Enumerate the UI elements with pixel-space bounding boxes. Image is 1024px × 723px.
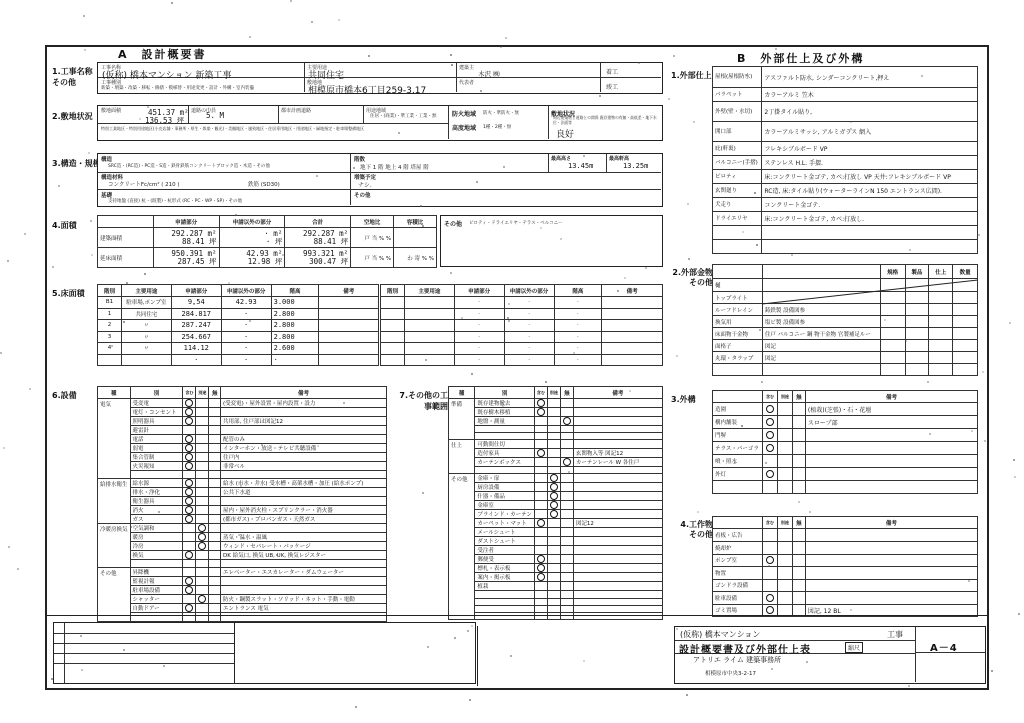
table-row: 仕上可動間仕切 bbox=[449, 440, 663, 449]
check-circle-icon bbox=[537, 399, 545, 407]
table-row: 玄関廻り RC造, 床:タイル貼り(ウォーターラインN 150 エントランス広間… bbox=[713, 184, 978, 198]
table-row: 排水・浄化 公共下水道 bbox=[98, 488, 387, 497]
site-work-table: 含む別途 無備考 造園 (植栽)(芝張)・石・花壇 構内舗装 スロープ部 門塀 … bbox=[712, 390, 978, 494]
area-other-box: その他 ピロティ・ドライエリヤ・テラス・ベルコニー bbox=[440, 215, 663, 267]
table-row: 造付家具 玄関物入等 図記12 bbox=[449, 449, 663, 458]
tb-sheet-number: A－4 bbox=[930, 639, 958, 654]
check-circle-icon bbox=[185, 515, 193, 523]
table-row: 4 〃 114.12 · 2.600 bbox=[98, 343, 379, 355]
sec1-box: 工事名称 (仮称) 橋本マンション 新築工事 工事種別 新築・増築・改築・移転・… bbox=[97, 62, 663, 94]
area-table: 申請部分 申請以外の部分 合計 空地比 容積比 建築面積 292.287 m²8… bbox=[97, 215, 437, 268]
check-circle-icon bbox=[185, 444, 193, 452]
tb-address: 相模原市中央3-2-17 bbox=[705, 669, 756, 677]
check-circle-icon bbox=[537, 408, 545, 416]
exterior-finish-table: 屋根(屋根防水) アスファルト防水, シンダーコンクリート,押え パラペット カ… bbox=[712, 66, 978, 254]
table-row: ドライエリヤ 床:コンクリート金ゴテ, カベ:打放し. bbox=[713, 212, 978, 226]
check-circle-icon bbox=[198, 595, 206, 603]
floor-area-table-left: 階別主要用途申請部分 申請以外の部分階高備考 B1 駐車場,ポンプ室 9.54 … bbox=[97, 284, 379, 366]
table-row: メールシュート bbox=[449, 528, 663, 537]
check-circle-icon bbox=[185, 435, 193, 443]
table-row: 換気 DK 給気口, 換気 UB, UK, 換気レジスター bbox=[98, 551, 387, 560]
table-row: B1 駐車場,ポンプ室 9.54 42.93 3.000 bbox=[98, 297, 379, 309]
work-type-options: 新築・増築・改築・移転・修繕・模様替・用途変更・設計・外構・室内装備 bbox=[101, 85, 254, 91]
table-row: ダストシュート bbox=[449, 537, 663, 546]
table-row: 標札・表示板 bbox=[449, 564, 663, 573]
table-row: 厨房設備 bbox=[449, 483, 663, 492]
table-row: 2 〃 287.247 · 2.800 bbox=[98, 320, 379, 332]
revision-block bbox=[53, 622, 476, 684]
concrete-strength: コンクリートFc/cm² ( 210 ) bbox=[108, 180, 180, 188]
table-row: 準備既存建物撤去 bbox=[449, 399, 663, 408]
table-row: 看板・広告 bbox=[713, 529, 978, 542]
table-row: ··· bbox=[381, 320, 663, 332]
check-circle-icon bbox=[537, 449, 545, 457]
table-row: 犬走り コンクリート金ゴテ. bbox=[713, 198, 978, 212]
sec1-label: 1.工事名称 その他 bbox=[52, 66, 94, 88]
table-row: 物置 bbox=[713, 567, 978, 580]
table-row bbox=[449, 433, 663, 440]
check-circle-icon bbox=[198, 542, 206, 550]
table-row: テラス・パーゴラ bbox=[713, 442, 978, 455]
check-circle-icon bbox=[766, 431, 774, 439]
table-row: 金庫室 bbox=[449, 501, 663, 510]
table-row bbox=[449, 598, 663, 605]
check-circle-icon bbox=[185, 453, 193, 461]
title-block: (仮称) 橋本マンション 工事 設計概要書及び外部仕上表 縮尺 アトリエ ライム… bbox=[674, 626, 986, 684]
table-row: 電話 配管のみ bbox=[98, 435, 387, 444]
road-width: 5. M bbox=[206, 111, 224, 120]
check-circle-icon bbox=[198, 524, 206, 532]
check-circle-icon bbox=[537, 564, 545, 572]
table-row: 集合管制 住戸内 bbox=[98, 453, 387, 462]
check-circle-icon bbox=[185, 506, 193, 514]
table-row: 照明器具 共用部, 住戸部は図記12 bbox=[98, 417, 387, 426]
table-row: 給排水衛生給水源 給水 (市水・井水) 受水槽・高架水槽・加圧 (給水ポンプ) bbox=[98, 479, 387, 488]
table-row bbox=[98, 560, 387, 568]
table-row: 換気用塩ビ製 設備図参 bbox=[713, 316, 978, 328]
check-circle-icon bbox=[185, 462, 193, 470]
table-row bbox=[98, 471, 387, 479]
sec2-box: 敷地面積 451.37 m² 136.53 坪 道路の巾員 5. M 都市計画道… bbox=[97, 105, 663, 141]
table-row: 受注者 bbox=[449, 546, 663, 555]
table-row: パラペット カラーアルミ 笠木 bbox=[713, 88, 978, 102]
site-area-tsubo: 136.53 坪 bbox=[145, 115, 184, 126]
max-height: 13.45m bbox=[568, 162, 593, 170]
check-circle-icon bbox=[550, 483, 558, 491]
table-row bbox=[713, 240, 978, 254]
table-row: ··· bbox=[381, 297, 663, 309]
table-row: · · · bbox=[98, 354, 379, 366]
table-row: 監視計報 bbox=[98, 577, 387, 586]
table-row: 1 共同住宅 284.817 · 2.800 bbox=[98, 308, 379, 320]
check-circle-icon bbox=[550, 492, 558, 500]
table-row: 構内舗装 スロープ部 bbox=[713, 416, 978, 429]
table-row: 火災報知 非常ベル bbox=[98, 462, 387, 471]
tb-project: (仮称) 橋本マンション bbox=[680, 629, 760, 640]
check-circle-icon bbox=[185, 399, 193, 407]
table-row: 郵便受 bbox=[449, 555, 663, 564]
table-row bbox=[449, 426, 663, 433]
floors: 地下 1 階 地上 4 階 塔屋 階 bbox=[360, 163, 429, 171]
b1-label: 1.外部仕上 bbox=[671, 70, 712, 81]
table-row: 電灯・コンセント bbox=[98, 408, 387, 417]
check-circle-icon bbox=[185, 417, 193, 425]
table-row: 外壁(壁・水切) 2丁掛タイル貼り, bbox=[713, 102, 978, 122]
table-row: ゴンドラ設備 bbox=[713, 579, 978, 592]
check-circle-icon bbox=[766, 594, 774, 602]
check-circle-icon bbox=[563, 458, 571, 466]
check-circle-icon bbox=[766, 606, 774, 614]
check-circle-icon bbox=[537, 555, 545, 563]
sec7-label: 7.その他の工事範囲 bbox=[398, 390, 448, 412]
table-row: 衛生器具 bbox=[98, 497, 387, 506]
table-row: 3 〃 254.667 · 2.800 bbox=[98, 331, 379, 343]
structure-options: SRC造・(RC造)・PC造・S造・鉄骨鉄筋コンクリートブロック造・木造・その他 bbox=[108, 163, 270, 169]
check-circle-icon bbox=[766, 444, 774, 452]
eaves-height: 13.25m bbox=[623, 162, 648, 170]
rebar-grade: 鉄筋 (SD30) bbox=[248, 180, 280, 188]
table-row: バルコニー(手摺) ステンレス H.L. 手摺. bbox=[713, 156, 978, 170]
table-row: 駐車設備 bbox=[713, 592, 978, 605]
table-row: 地盤・測量 bbox=[449, 417, 663, 426]
table-row: 床面物干金物住戸 バルコニー 鋼 物干金物 官製補足ルー bbox=[713, 328, 978, 340]
table-row: 避雷針 bbox=[98, 426, 387, 435]
site-address: 相模原市橋本6丁目259-3,17 bbox=[308, 83, 426, 96]
check-circle-icon bbox=[185, 604, 193, 612]
floor-area-table-right: 階別主要用途申請部分 申請以外の部分階高備考 ·················… bbox=[380, 284, 663, 366]
check-circle-icon bbox=[550, 510, 558, 518]
table-row: 植栽 bbox=[449, 582, 663, 591]
check-circle-icon bbox=[766, 405, 774, 413]
table-row: 冷房 ウィンド・セパレート・パッケージ bbox=[98, 542, 387, 551]
table-row bbox=[713, 364, 978, 376]
table-row: 自動ドアー エントランス 電気 bbox=[98, 604, 387, 613]
check-circle-icon bbox=[550, 501, 558, 509]
table-row: カーペット・マット 図記12 bbox=[449, 519, 663, 528]
check-circle-icon bbox=[563, 417, 571, 425]
check-circle-icon bbox=[185, 497, 193, 505]
table-row: 開口部 カラーアルミサッシ, アルミガラス 網入 bbox=[713, 122, 978, 142]
check-circle-icon bbox=[766, 470, 774, 478]
table-row: 冷暖房換気空気調和 bbox=[98, 524, 387, 533]
table-row: その他金庫・扉 bbox=[449, 474, 663, 483]
district-note: 特別工業地区・特別用途地区(小売店舗・事務所・厚生・娯楽・観光)・美観地区・風致… bbox=[101, 126, 446, 131]
table-row: シャッター 防火・鋼製スラット・ソリッド・ネット・手動・電動 bbox=[98, 595, 387, 604]
project-name: (仮称) 橋本マンション 新築工事 bbox=[102, 68, 231, 81]
check-circle-icon bbox=[198, 533, 206, 541]
check-circle-icon bbox=[185, 479, 193, 487]
structures-table: 含む別途 無備考 看板・広告 焼却炉 ポンプ室 物置 ゴンドラ設備 駐車設備 ゴ… bbox=[712, 516, 978, 617]
table-row bbox=[713, 226, 978, 240]
table-row bbox=[449, 591, 663, 598]
table-row bbox=[449, 605, 663, 612]
check-circle-icon bbox=[550, 474, 558, 482]
table-row: 建築面積 292.287 m²88.41 坪 · m²· 坪 292.287 m… bbox=[98, 228, 437, 248]
table-row bbox=[449, 467, 663, 474]
check-circle-icon bbox=[185, 551, 193, 559]
table-row: カーテンボックス カーテンレール W 各住戸 bbox=[449, 458, 663, 467]
check-circle-icon bbox=[766, 556, 774, 564]
section-a-title: A 設計概要書 bbox=[118, 46, 207, 62]
check-circle-icon bbox=[766, 418, 774, 426]
b2-label: 2.外部金物 その他 bbox=[671, 268, 713, 288]
sec4-label: 4.面積 bbox=[52, 220, 77, 231]
b3-label: 3.外構 bbox=[671, 394, 696, 405]
table-row: 造園 (植栽)(芝張)・石・花壇 bbox=[713, 403, 978, 416]
table-row: 面格子図記 bbox=[713, 340, 978, 352]
table-row: 什器・備品 bbox=[449, 492, 663, 501]
table-row: 外灯 bbox=[713, 468, 978, 481]
table-row: 屋根(屋根防水) アスファルト防水, シンダーコンクリート,押え bbox=[713, 67, 978, 88]
table-row: 案内・掲示板 bbox=[449, 573, 663, 582]
table-row: 庇(軒裏) フレキシブルボード VP bbox=[713, 142, 978, 156]
table-row: 焼却炉 bbox=[713, 542, 978, 555]
table-row: ポンプ室 bbox=[713, 554, 978, 567]
table-row: ··· bbox=[381, 343, 663, 355]
table-row bbox=[713, 481, 978, 494]
table-row: 門塀 bbox=[713, 429, 978, 442]
other-work-table: 種別 含む別途 無備考 準備既存建物撤去 既存樹木移植 地盤・測量 仕上可動間仕… bbox=[448, 386, 663, 620]
check-circle-icon bbox=[185, 488, 193, 496]
table-row: 既存樹木移植 bbox=[449, 408, 663, 417]
site-status: 良好 bbox=[556, 127, 574, 140]
sec3-box: 構造 SRC造・(RC造)・PC造・S造・鉄骨鉄筋コンクリートブロック造・木造・… bbox=[97, 153, 663, 207]
table-row: 駐車場設備 bbox=[98, 586, 387, 595]
table-row: 消火 屋内・屋外消火栓・スプリンクラー・消火器 bbox=[98, 506, 387, 515]
equipment-table: 種別 含む別途 無備考 電気受変電 (受変電)・屋外設置・屋内設置・設力電灯・コ… bbox=[97, 386, 387, 622]
strike-diagonal bbox=[762, 278, 978, 306]
table-row: 噴・照水 bbox=[713, 455, 978, 468]
table-row: ピロティ 床:コンクリート金ゴテ, カベ:打放し VP 天井:フレキシブルボード… bbox=[713, 170, 978, 184]
table-row: その他昇降機 エレベーター・エスカレーター・ダムウェーター bbox=[98, 568, 387, 577]
check-circle-icon bbox=[185, 577, 193, 585]
sec6-label: 6.設備 bbox=[52, 390, 77, 401]
table-row: ··· bbox=[381, 308, 663, 320]
check-circle-icon bbox=[537, 573, 545, 581]
sec5-label: 5.床面積 bbox=[52, 288, 85, 299]
table-row: 弱電 インターホン・放送・テレビ共聴設備 bbox=[98, 444, 387, 453]
sec3-label: 3.構造・規模 bbox=[52, 158, 101, 169]
zoning-options: 住居・(商業)・準工業・工業・無 bbox=[370, 113, 437, 119]
tb-office: アトリエ ライム 建築事務所 bbox=[693, 655, 781, 665]
table-row: 丸環・タラップ図記 bbox=[713, 352, 978, 364]
tb-drawing-title: 設計概要書及び外部仕上表 bbox=[679, 641, 811, 656]
foundation-options: 支持地盤 (直接) 杭・(既製)・杭形式 (RC・PC・WP・SP)・その他 bbox=[108, 198, 242, 204]
section-b-title: B 外部仕上及び外構 bbox=[737, 50, 864, 66]
table-row: ··· bbox=[381, 354, 663, 366]
table-row: ガス (都市ガス)・プロパンガス・天然ガス bbox=[98, 515, 387, 524]
check-circle-icon bbox=[537, 519, 545, 527]
client-name: 木沢 ㈱ bbox=[478, 69, 500, 78]
check-circle-icon bbox=[185, 586, 193, 594]
table-row: ··· bbox=[381, 331, 663, 343]
expansion-plan: ナシ. bbox=[358, 180, 372, 189]
table-row: 延床面積 950.391 m²287.45 坪 42.93 m²12.98 坪 … bbox=[98, 248, 437, 268]
check-circle-icon bbox=[185, 408, 193, 416]
b4-label: 4.工作物 その他 bbox=[671, 520, 713, 540]
table-row: ブラインド・カーテン bbox=[449, 510, 663, 519]
